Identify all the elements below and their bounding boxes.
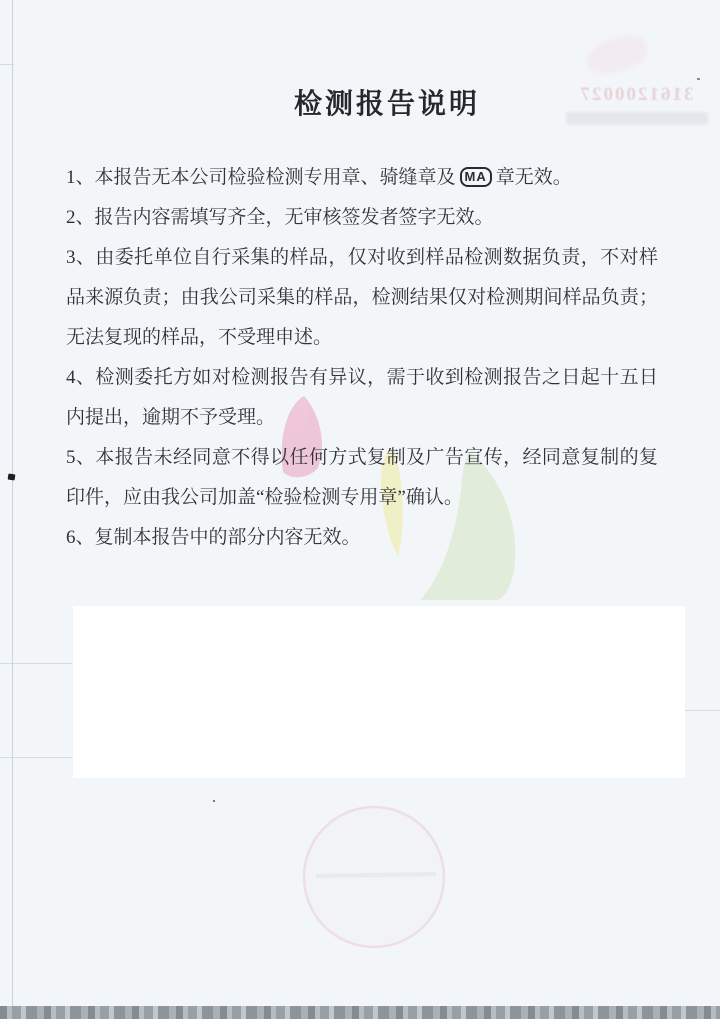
scanned-report-page: 3161200027 检测报告说明 1、本报告无本公司检验检测专用章、骑缝章及M… bbox=[0, 0, 720, 1019]
title-row: 检测报告说明 bbox=[0, 82, 720, 122]
note-item-5: 5、本报告未经同意不得以任何方式复制及广告宣传，经同意复制的复印件，应由我公司加… bbox=[66, 438, 658, 518]
note-1-suffix: 章无效。 bbox=[496, 167, 572, 188]
page-title: 检测报告说明 bbox=[294, 82, 480, 122]
note-1-prefix: 1、本报告无本公司检验检测专用章、骑缝章及 bbox=[66, 167, 456, 188]
report-notes-list: 1、本报告无本公司检验检测专用章、骑缝章及MA章无效。 2、报告内容需填写齐全，… bbox=[66, 158, 658, 558]
cma-badge-icon: MA bbox=[460, 167, 492, 187]
stamp-bleed-smudge bbox=[316, 874, 436, 876]
note-item-2: 2、报告内容需填写齐全，无审核签发者签字无效。 bbox=[66, 198, 658, 238]
note-item-1: 1、本报告无本公司检验检测专用章、骑缝章及MA章无效。 bbox=[66, 158, 658, 198]
note-item-4: 4、检测委托方如对检测报告有异议，需于收到检测报告之日起十五日内提出，逾期不予受… bbox=[66, 358, 658, 438]
note-item-3: 3、由委托单位自行采集的样品，仅对收到样品检测数据负责，不对样品来源负责；由我公… bbox=[66, 238, 658, 358]
note-item-6: 6、复制本报告中的部分内容无效。 bbox=[66, 518, 658, 558]
blank-white-panel bbox=[73, 606, 685, 778]
